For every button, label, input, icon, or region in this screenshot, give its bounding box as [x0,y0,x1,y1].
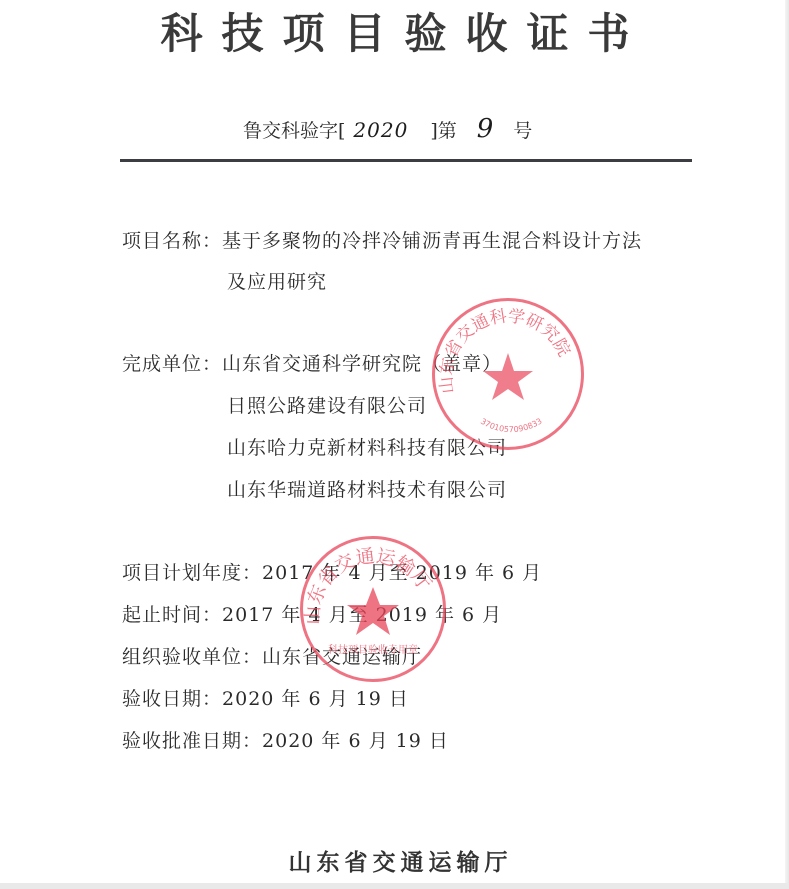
doc-number-value: 9 [477,114,494,144]
project-name-line2: 及应用研究 [227,267,327,297]
completing-unit: 山东华瑞道路材料技术有限公司 [227,475,507,505]
doc-number-suffix: 号 [513,120,532,142]
plan-year-label: 项目计划年度： [122,562,262,584]
project-name-line1: 基于多聚物的冷拌冷铺沥青再生混合料设计方法 [222,230,642,252]
project-name-field: 项目名称：基于多聚物的冷拌冷铺沥青再生混合料设计方法 [122,226,642,256]
period-field: 起止时间：2017 年 4 月至 2019 年 6 月 [122,600,502,630]
header-divider [120,159,692,162]
organizer-label: 组织验收单位： [122,646,262,668]
issuer-name: 山东省交通运输厅 [0,846,789,880]
plan-year-field: 项目计划年度：2017 年 4 月至 2019 年 6 月 [122,558,542,588]
completing-units-label: 完成单位： [122,353,222,375]
completing-unit: 山东哈力克新材料科技有限公司 [227,433,507,463]
approval-date-field: 验收批准日期：2020 年 6 月 19 日 [122,726,449,756]
project-name-label: 项目名称： [122,230,222,252]
doc-number-prefix: 鲁交科验字[ [243,120,345,142]
completing-unit: 日照公路建设有限公司 [227,391,427,421]
approval-date-value: 2020 年 6 月 19 日 [262,730,449,752]
doc-number-middle: ]第 [430,120,456,142]
plan-year-value: 2017 年 4 月至 2019 年 6 月 [262,562,542,584]
completing-units-field: 完成单位：山东省交通科学研究院（盖章） [122,349,502,379]
organizer-field: 组织验收单位：山东省交通运输厅 [122,642,422,672]
acceptance-date-value: 2020 年 6 月 19 日 [222,688,409,710]
completing-unit: 山东省交通科学研究院（盖章） [222,353,502,375]
period-label: 起止时间： [122,604,222,626]
organizer-value: 山东省交通运输厅 [262,646,422,668]
document-number: 鲁交科验字[2020]第9号 [243,114,532,146]
acceptance-date-field: 验收日期：2020 年 6 月 19 日 [122,684,409,714]
period-value: 2017 年 4 月至 2019 年 6 月 [222,604,502,626]
certificate-title: 科技项目验收证书 [0,4,789,64]
approval-date-label: 验收批准日期： [122,730,262,752]
certificate-page: 科技项目验收证书 鲁交科验字[2020]第9号 项目名称：基于多聚物的冷拌冷铺沥… [0,0,789,883]
acceptance-date-label: 验收日期： [122,688,222,710]
svg-text:3701057090833: 3701057090833 [479,416,544,434]
doc-number-year: 2020 [353,118,408,142]
